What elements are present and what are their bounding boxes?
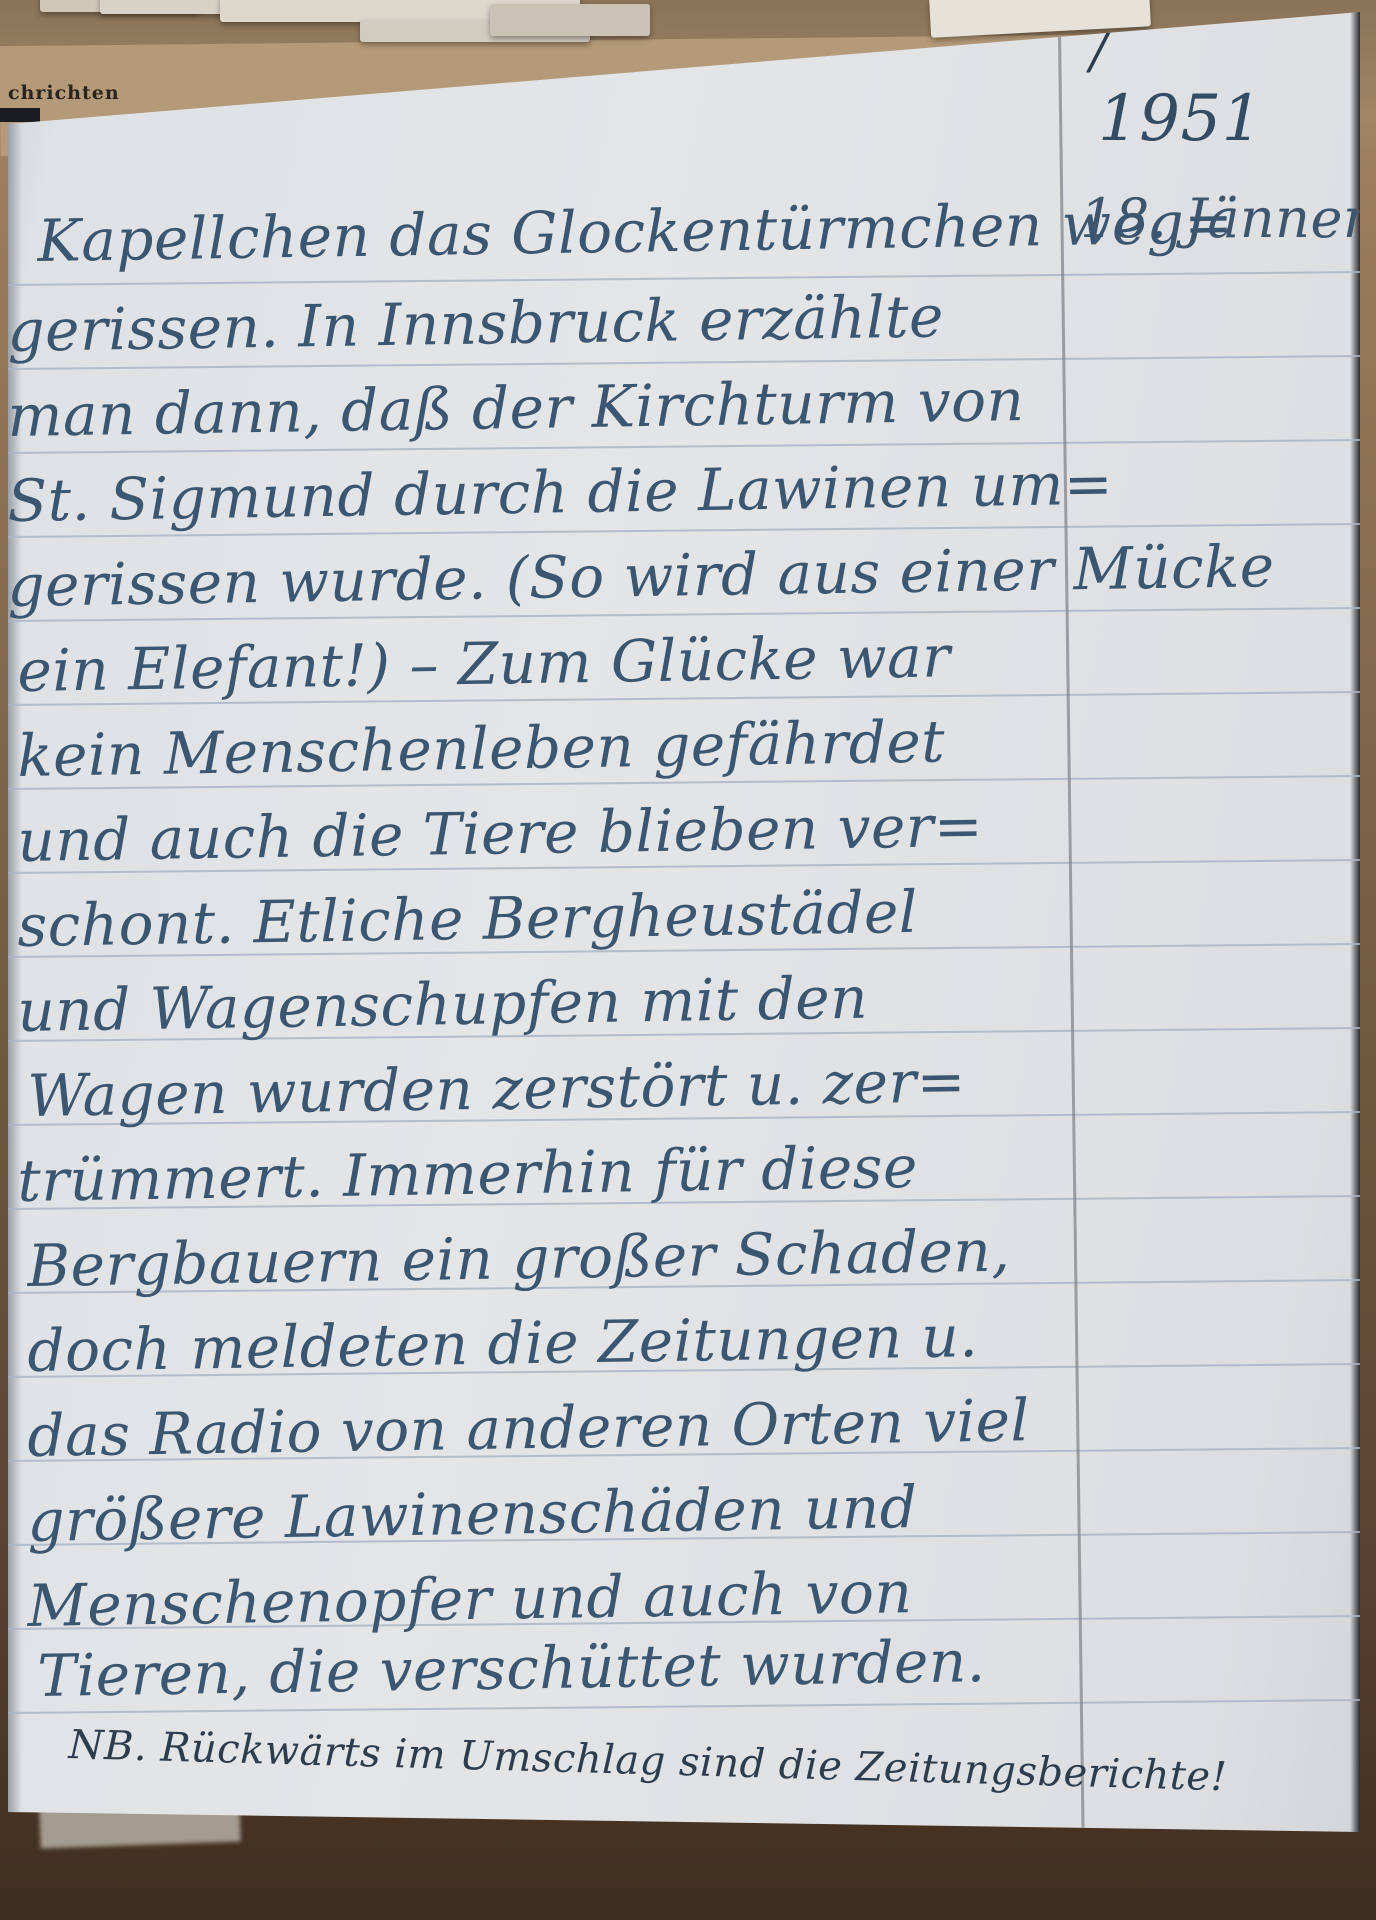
book-spine-edge (0, 108, 40, 122)
text-line: kein Menschenleben gefährdet (17, 707, 946, 790)
page-gutter-shadow (8, 124, 22, 1814)
page-edge (1350, 12, 1360, 1832)
notebook-page: / 1951 18. Jänner Kapellchen das Glocken… (8, 12, 1360, 1832)
margin-line (1058, 32, 1085, 1832)
text-line: Kapellchen das Glockentürmchen weg= (37, 188, 1234, 275)
text-line: Bergbauern ein großer Schaden, (27, 1217, 1011, 1300)
newspaper-headline: chrichten (8, 82, 120, 104)
text-line: gerissen wurde. (So wird aus einer Mücke (7, 532, 1275, 620)
text-line: größere Lawinenschäden und (27, 1473, 918, 1555)
clipping (490, 4, 650, 36)
footnote-nb: NB. Rückwärts im Umschlag sind die Zeitu… (68, 1722, 1228, 1800)
year-heading: 1951 (1098, 82, 1263, 156)
text-line: ein Elefant!) – Zum Glücke war (17, 622, 951, 705)
clipping (929, 0, 1151, 38)
text-line: Tieren, die verschüttet wurden. (37, 1627, 986, 1710)
text-line: doch meldeten die Zeitungen u. (27, 1302, 979, 1385)
photo-stage: chrichten / 1951 18. Jänner Kapellchen d… (0, 0, 1376, 1920)
text-line: trümmert. Immerhin für diese (17, 1133, 918, 1215)
text-line: schont. Etliche Bergheustädel (17, 878, 918, 960)
text-line: man dann, daß der Kirchturm von (7, 366, 1025, 450)
text-line: St. Sigmund durch die Lawinen um= (7, 450, 1114, 535)
text-line: und Wagenschupfen mit den (17, 964, 868, 1045)
text-line: Menschenopfer und auch von (27, 1558, 913, 1640)
page-mark: / (1090, 22, 1107, 80)
text-line: das Radio von anderen Orten viel (27, 1386, 1030, 1470)
text-line: gerissen. In Innsbruck erzählte (7, 282, 944, 365)
text-line: und auch die Tiere blieben ver= (17, 792, 984, 875)
ruled-line (8, 271, 1360, 286)
